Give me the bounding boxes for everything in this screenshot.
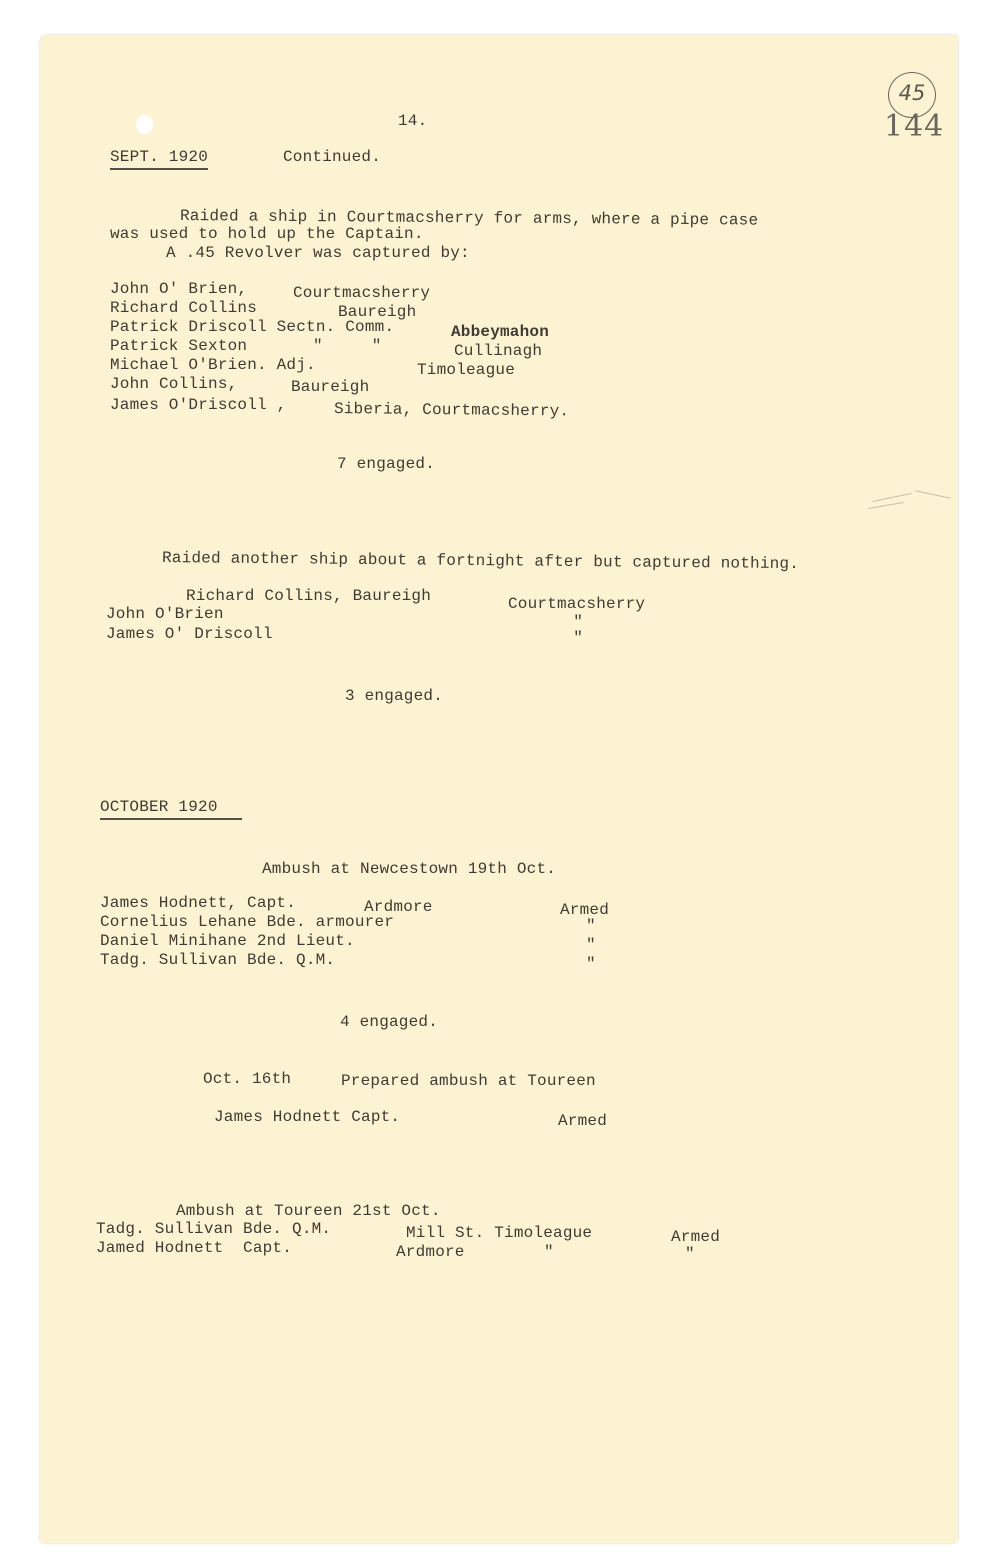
participant-status: Armed (560, 902, 609, 918)
participant-place: Baureigh (291, 379, 369, 395)
participant-status-ditto: " (586, 956, 596, 972)
participant-status: Armed (671, 1229, 720, 1245)
participant-name: Patrick Sexton (110, 338, 247, 354)
participant-name: Jamed Hodnett Capt. (96, 1240, 292, 1256)
participant-name: Richard Collins (110, 300, 257, 316)
participant-name: John Collins, (110, 376, 237, 392)
engaged-count: 4 engaged. (340, 1014, 438, 1030)
section-heading-suffix: Continued. (283, 149, 381, 165)
participant-name: James Hodnett, Capt. (100, 895, 296, 911)
participant-place: Mill St. Timoleague (406, 1225, 592, 1241)
participant-rank-ditto: " " (313, 338, 382, 354)
raid1-text-line2: was used to hold up the Captain. (110, 226, 424, 242)
participant-place: Abbeymahon (451, 324, 549, 340)
participant-name: James O'Driscoll , (110, 397, 286, 413)
participant-place: Courtmacsherry (508, 596, 645, 612)
participant-status-ditto: " (685, 1246, 695, 1262)
participant-place: Courtmacsherry (293, 285, 430, 301)
newcestown-title: Ambush at Newcestown 19th Oct. (262, 861, 556, 877)
participant-name: Michael O'Brien. Adj. (110, 357, 316, 373)
engaged-count: 3 engaged. (345, 688, 443, 704)
section-heading-sept: SEPT. 1920 (110, 149, 208, 170)
participant-name: Daniel Minihane 2nd Lieut. (100, 933, 355, 949)
participant-name: John O' Brien, (110, 281, 247, 297)
participant-name: James Hodnett Capt. (214, 1109, 400, 1125)
participant-place-ditto: " (573, 630, 583, 646)
participant-name: Richard Collins, Baureigh (186, 588, 431, 604)
page-number: 14. (398, 113, 427, 129)
toureen-prepared-title: Prepared ambush at Toureen (341, 1073, 596, 1089)
participant-place: Siberia, Courtmacsherry. (334, 401, 569, 419)
participant-place: Cullinagh (454, 343, 542, 359)
participant-name: Tadg. Sullivan Bde. Q.M. (96, 1221, 331, 1237)
participant-name: Tadg. Sullivan Bde. Q.M. (100, 952, 335, 968)
participant-place: Ardmore (396, 1244, 465, 1260)
toureen-ambush-title: Ambush at Toureen 21st Oct. (176, 1203, 441, 1219)
stamped-folio-number: 144 (884, 112, 944, 142)
participant-status-ditto: " (586, 937, 596, 953)
section-heading-october: OCTOBER 1920 (100, 799, 242, 820)
participant-status: Armed (558, 1113, 607, 1129)
raid1-text-line3: A .45 Revolver was captured by: (166, 245, 470, 261)
engaged-count: 7 engaged. (337, 456, 435, 472)
participant-name: Cornelius Lehane Bde. armourer (100, 914, 394, 930)
participant-place: Timoleague (417, 362, 515, 378)
participant-place-ditto: " (544, 1244, 554, 1260)
toureen-prepared-date: Oct. 16th (203, 1071, 291, 1087)
participant-status-ditto: " (586, 918, 596, 934)
participant-name: James O' Driscoll (106, 626, 273, 642)
punch-hole (136, 115, 153, 134)
participant-name: Patrick Driscoll Sectn. Comm. (110, 319, 394, 335)
